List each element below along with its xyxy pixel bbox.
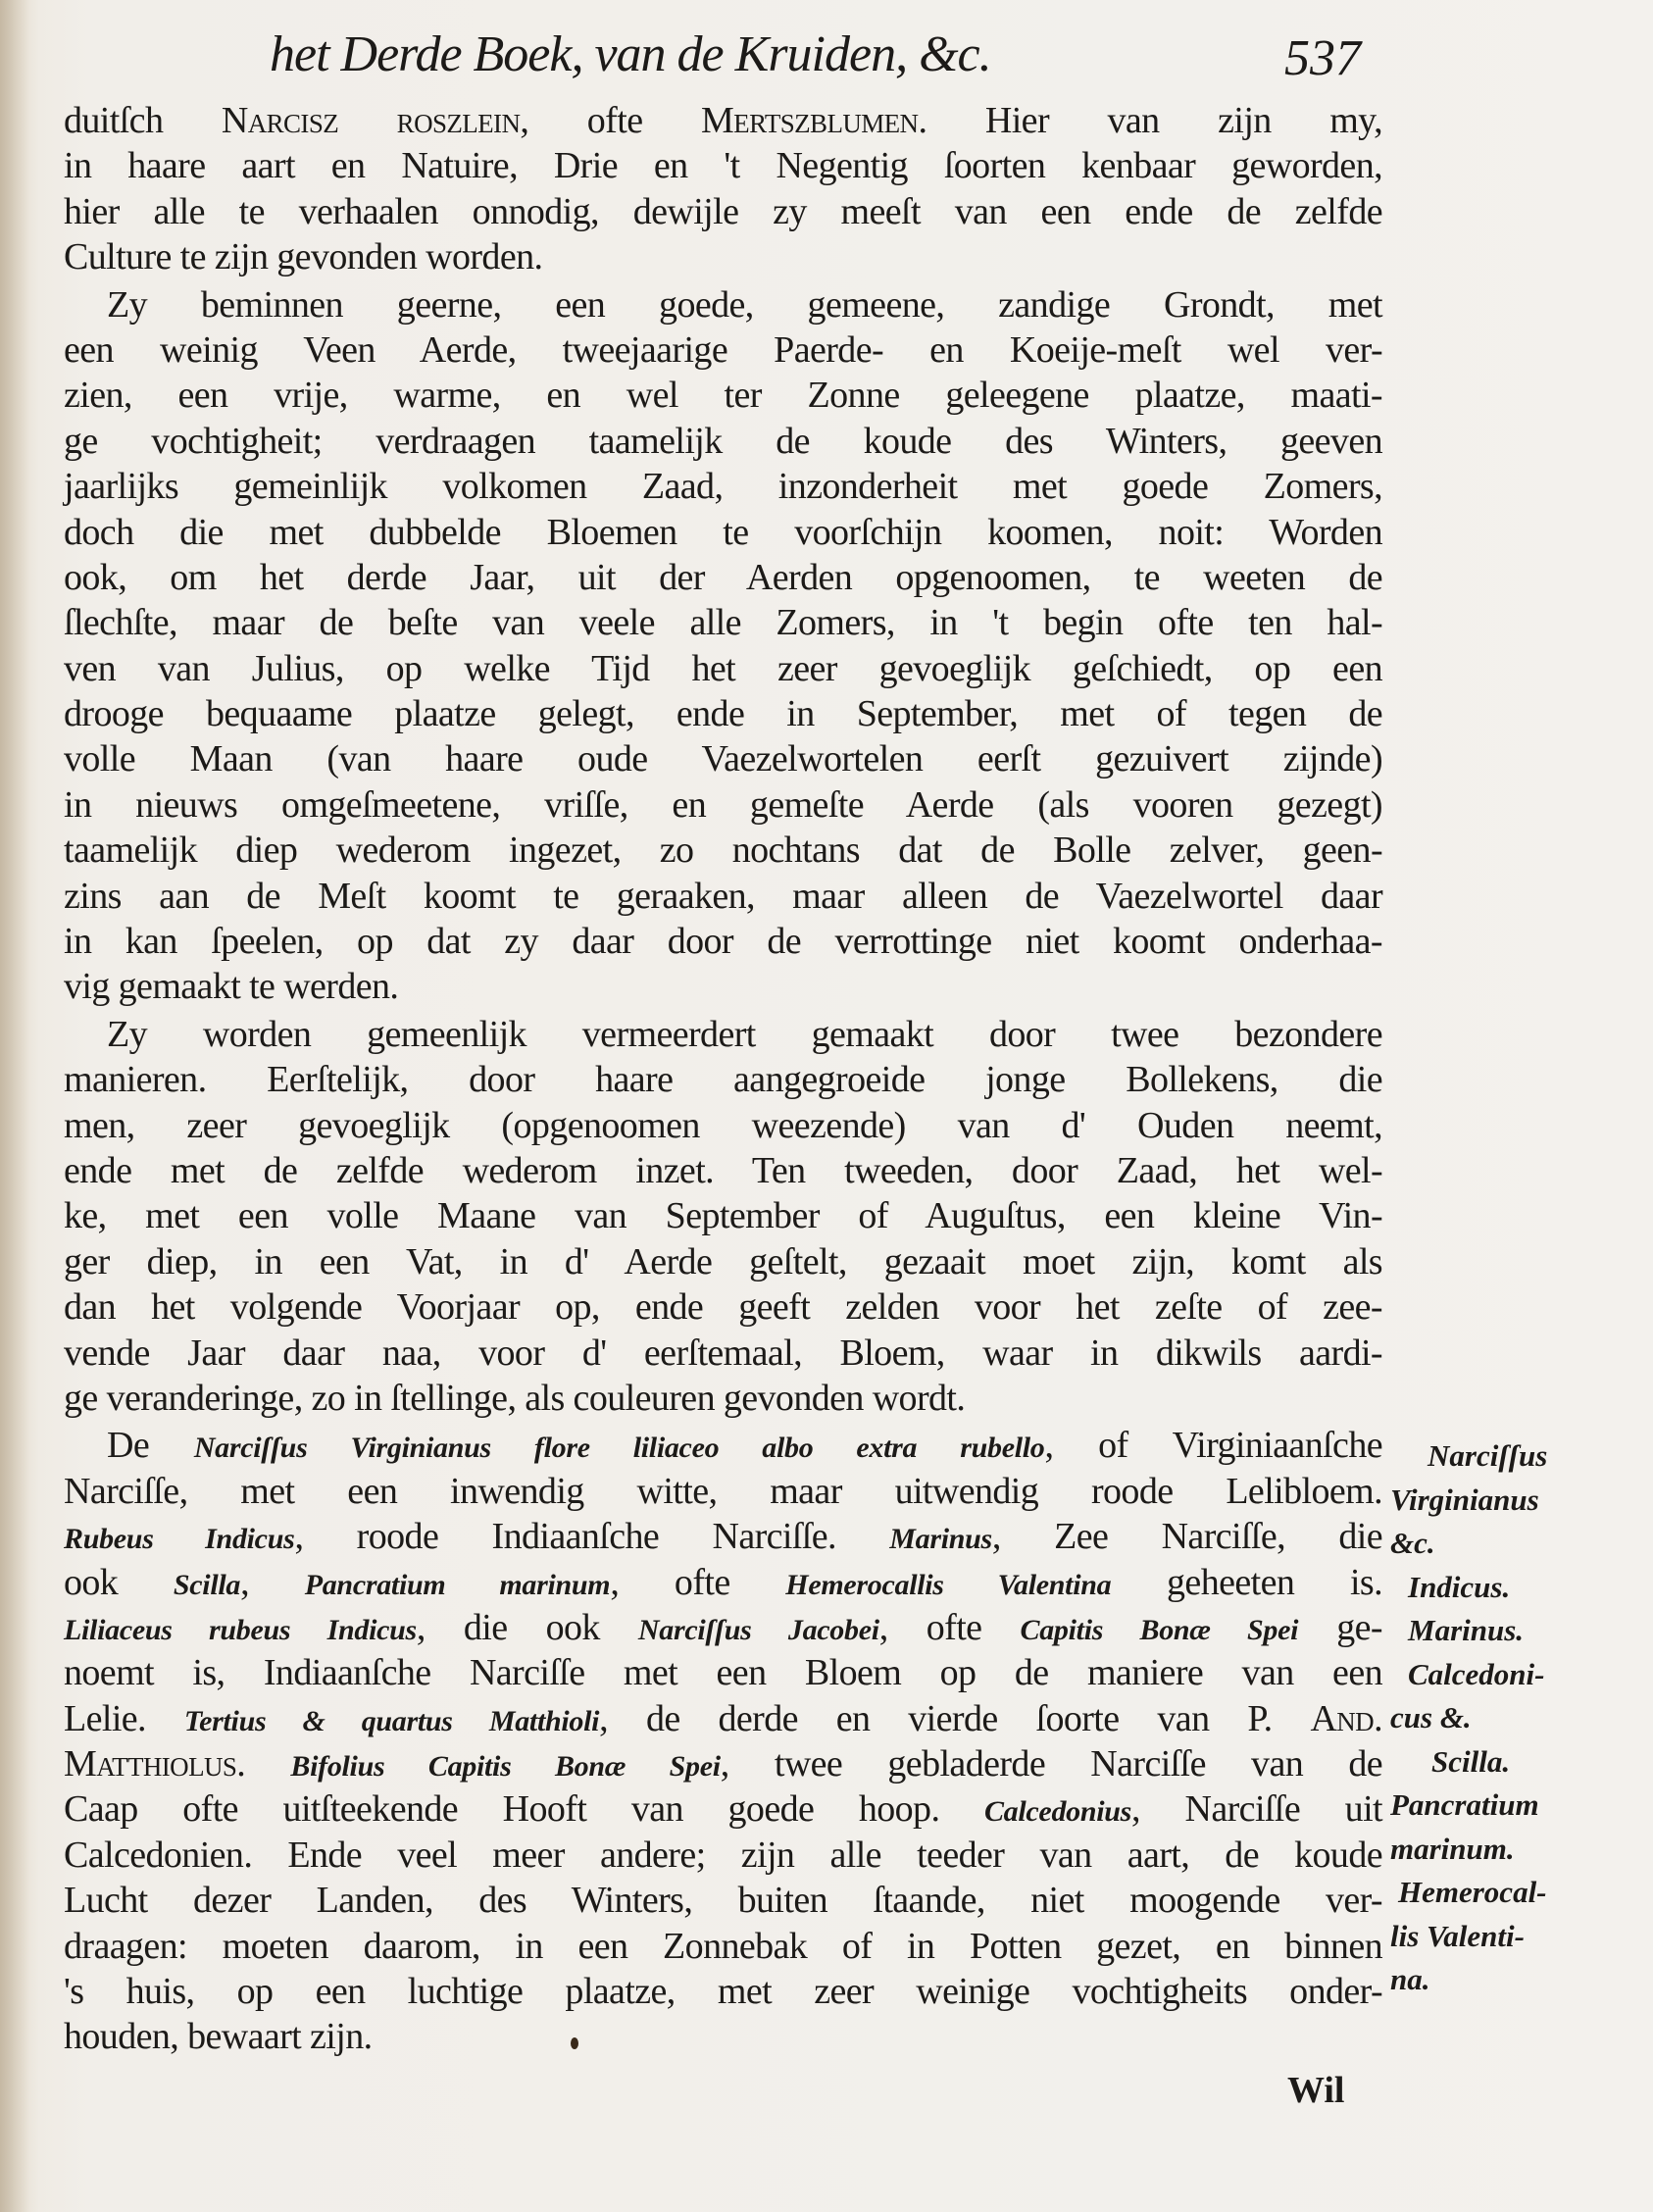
text-line: in haare aart en Natuire, Drie en 't Neg…: [64, 143, 1382, 188]
latin-name: Scilla: [174, 1569, 240, 1601]
latin-name: Liliaceus rubeus Indicus: [64, 1614, 417, 1646]
text-line: Zy worden gemeenlijk vermeerdert gemaakt…: [64, 1012, 1382, 1057]
text-line: Rubeus Indicus, roode Indiaanſche Narciſ…: [64, 1514, 1382, 1559]
text-line: noemt is, Indiaanſche Narciſſe met een B…: [64, 1650, 1382, 1695]
text-line: ven van Julius, op welke Tijd het zeer g…: [64, 646, 1382, 691]
author-name: And.: [1310, 1698, 1382, 1739]
text-line: volle Maan (van haare oude Vaezelwortele…: [64, 736, 1382, 781]
gutter-shadow: [0, 0, 29, 2212]
paragraph-3: Zy worden gemeenlijk vermeerdert gemaakt…: [64, 1012, 1382, 1422]
text-line: Liliaceus rubeus Indicus, die ook Narciſ…: [64, 1605, 1382, 1650]
page-number: 537: [1284, 29, 1361, 88]
text-line: ke, met een volle Maane van September of…: [64, 1193, 1382, 1238]
text-line: doch die met dubbelde Bloemen te voorſch…: [64, 510, 1382, 555]
text-line: Culture te zijn gevonden worden.: [64, 234, 1382, 279]
text-line: ook Scilla, Pancratium marinum, ofte Hem…: [64, 1560, 1382, 1605]
latin-name: Tertius & quartus Matthioli: [184, 1705, 599, 1737]
text-line: Calcedonien. Ende veel meer andere; zijn…: [64, 1833, 1382, 1878]
text-line: in nieuws omgeſmeetene, vriſſe, en gemeſ…: [64, 782, 1382, 828]
paragraph-2: Zy beminnen geerne, een goede, gemeene, …: [64, 282, 1382, 1010]
text-line: zins aan de Meſt koomt te geraaken, maar…: [64, 874, 1382, 919]
text-line: een weinig Veen Aerde, tweejaarige Paerd…: [64, 327, 1382, 373]
book-page: het Derde Boek, van de Kruiden, &c. 537 …: [0, 0, 1653, 2212]
margin-note: Hemerocal-: [1390, 1871, 1626, 1915]
text-line: Caap ofte uitſteekende Hooft van goede h…: [64, 1786, 1382, 1832]
german-name: Narcisz roszlein: [222, 100, 520, 141]
text-line: vende Jaar daar naa, voor d' eerſtemaal,…: [64, 1331, 1382, 1376]
margin-note: Scilla.: [1390, 1740, 1626, 1785]
margin-note: na.: [1390, 1958, 1626, 2002]
paragraph-1: duitſch Narcisz roszlein, ofte Mertszblu…: [64, 98, 1382, 280]
margin-note: Indicus.: [1390, 1566, 1626, 1610]
german-name: Mertszblumen: [701, 100, 918, 141]
ink-smudge: [571, 2037, 578, 2049]
text-line: ger diep, in een Vat, in d' Aerde geſtel…: [64, 1239, 1382, 1284]
main-text: duitſch Narcisz roszlein, ofte Mertszblu…: [64, 98, 1382, 2060]
margin-note: Pancratium: [1390, 1784, 1626, 1828]
text-line: drooge bequaame plaatze gelegt, ende in …: [64, 691, 1382, 736]
text-line: hier alle te verhaalen onnodig, dewijle …: [64, 189, 1382, 234]
text-line: ge veranderinge, zo in ſtellinge, als co…: [64, 1376, 1382, 1421]
latin-name: Hemerocallis Valentina: [785, 1569, 1111, 1601]
text-line: jaarlijks gemeinlijk volkomen Zaad, inzo…: [64, 464, 1382, 509]
catchword: Wil: [1287, 2069, 1344, 2112]
author-name: Matthiolus: [64, 1743, 236, 1785]
latin-name: Bifolius Capitis Bonæ Spei: [290, 1750, 720, 1783]
margin-note: marinum.: [1390, 1828, 1626, 1872]
text-line: 's huis, op een luchtige plaatze, met ze…: [64, 1969, 1382, 2014]
margin-notes: Narciſſus Virginianus &c. Indicus. Marin…: [1390, 1434, 1626, 2002]
latin-name: Narciſſus Jacobei: [638, 1614, 879, 1646]
text-line: men, zeer gevoeglijk (opgenoomen weezend…: [64, 1103, 1382, 1148]
text-line: ende met de zelfde wederom inzet. Ten tw…: [64, 1148, 1382, 1193]
margin-note: Virginianus: [1390, 1479, 1626, 1523]
text-line: Matthiolus. Bifolius Capitis Bonæ Spei, …: [64, 1741, 1382, 1786]
text-line: manieren. Eerſtelijk, door haare aangegr…: [64, 1057, 1382, 1102]
text-line: Lucht dezer Landen, des Winters, buiten …: [64, 1878, 1382, 1923]
margin-note: lis Valenti-: [1390, 1915, 1626, 1959]
text-line: ſlechſte, maar de beſte van veele alle Z…: [64, 600, 1382, 645]
margin-note: Marinus.: [1390, 1609, 1626, 1653]
text-line: Zy beminnen geerne, een goede, gemeene, …: [64, 282, 1382, 327]
text-line: Lelie. Tertius & quartus Matthioli, de d…: [64, 1696, 1382, 1741]
text-line: De Narciſſus Virginianus flore liliaceo …: [64, 1423, 1382, 1468]
text-line: Narciſſe, met een inwendig witte, maar u…: [64, 1469, 1382, 1514]
running-title: het Derde Boek, van de Kruiden, &c.: [270, 25, 991, 84]
margin-note: cus &.: [1390, 1696, 1626, 1740]
text-line: zien, een vrije, warme, en wel ter Zonne…: [64, 373, 1382, 418]
text-line: draagen: moeten daarom, in een Zonnebak …: [64, 1924, 1382, 1969]
latin-name: Capitis Bonæ Spei: [1021, 1614, 1299, 1646]
text-line: vig gemaakt te werden.: [64, 964, 1382, 1009]
text-line: duitſch Narcisz roszlein, ofte Mertszblu…: [64, 98, 1382, 143]
margin-note: Calcedoni-: [1390, 1653, 1626, 1697]
paragraph-4: De Narciſſus Virginianus flore liliaceo …: [64, 1423, 1382, 2059]
latin-name: Marinus: [889, 1523, 992, 1555]
text-line: taamelijk diep wederom ingezet, zo nocht…: [64, 828, 1382, 873]
text-line: in kan ſpeelen, op dat zy daar door de v…: [64, 919, 1382, 964]
latin-name: Narciſſus Virginianus flore liliaceo alb…: [194, 1432, 1045, 1464]
text-line: ook, om het derde Jaar, uit der Aerden o…: [64, 555, 1382, 600]
latin-name: Pancratium marinum: [305, 1569, 611, 1601]
latin-name: Calcedonius: [984, 1795, 1131, 1828]
latin-name: Rubeus Indicus: [64, 1523, 294, 1555]
margin-note: &c.: [1390, 1522, 1626, 1566]
text-line: ge vochtigheit; verdraagen taamelijk de …: [64, 419, 1382, 464]
text-line: dan het volgende Voorjaar op, ende geeft…: [64, 1284, 1382, 1330]
margin-note: Narciſſus: [1390, 1434, 1626, 1479]
text-line: houden, bewaart zijn.: [64, 2014, 1382, 2059]
